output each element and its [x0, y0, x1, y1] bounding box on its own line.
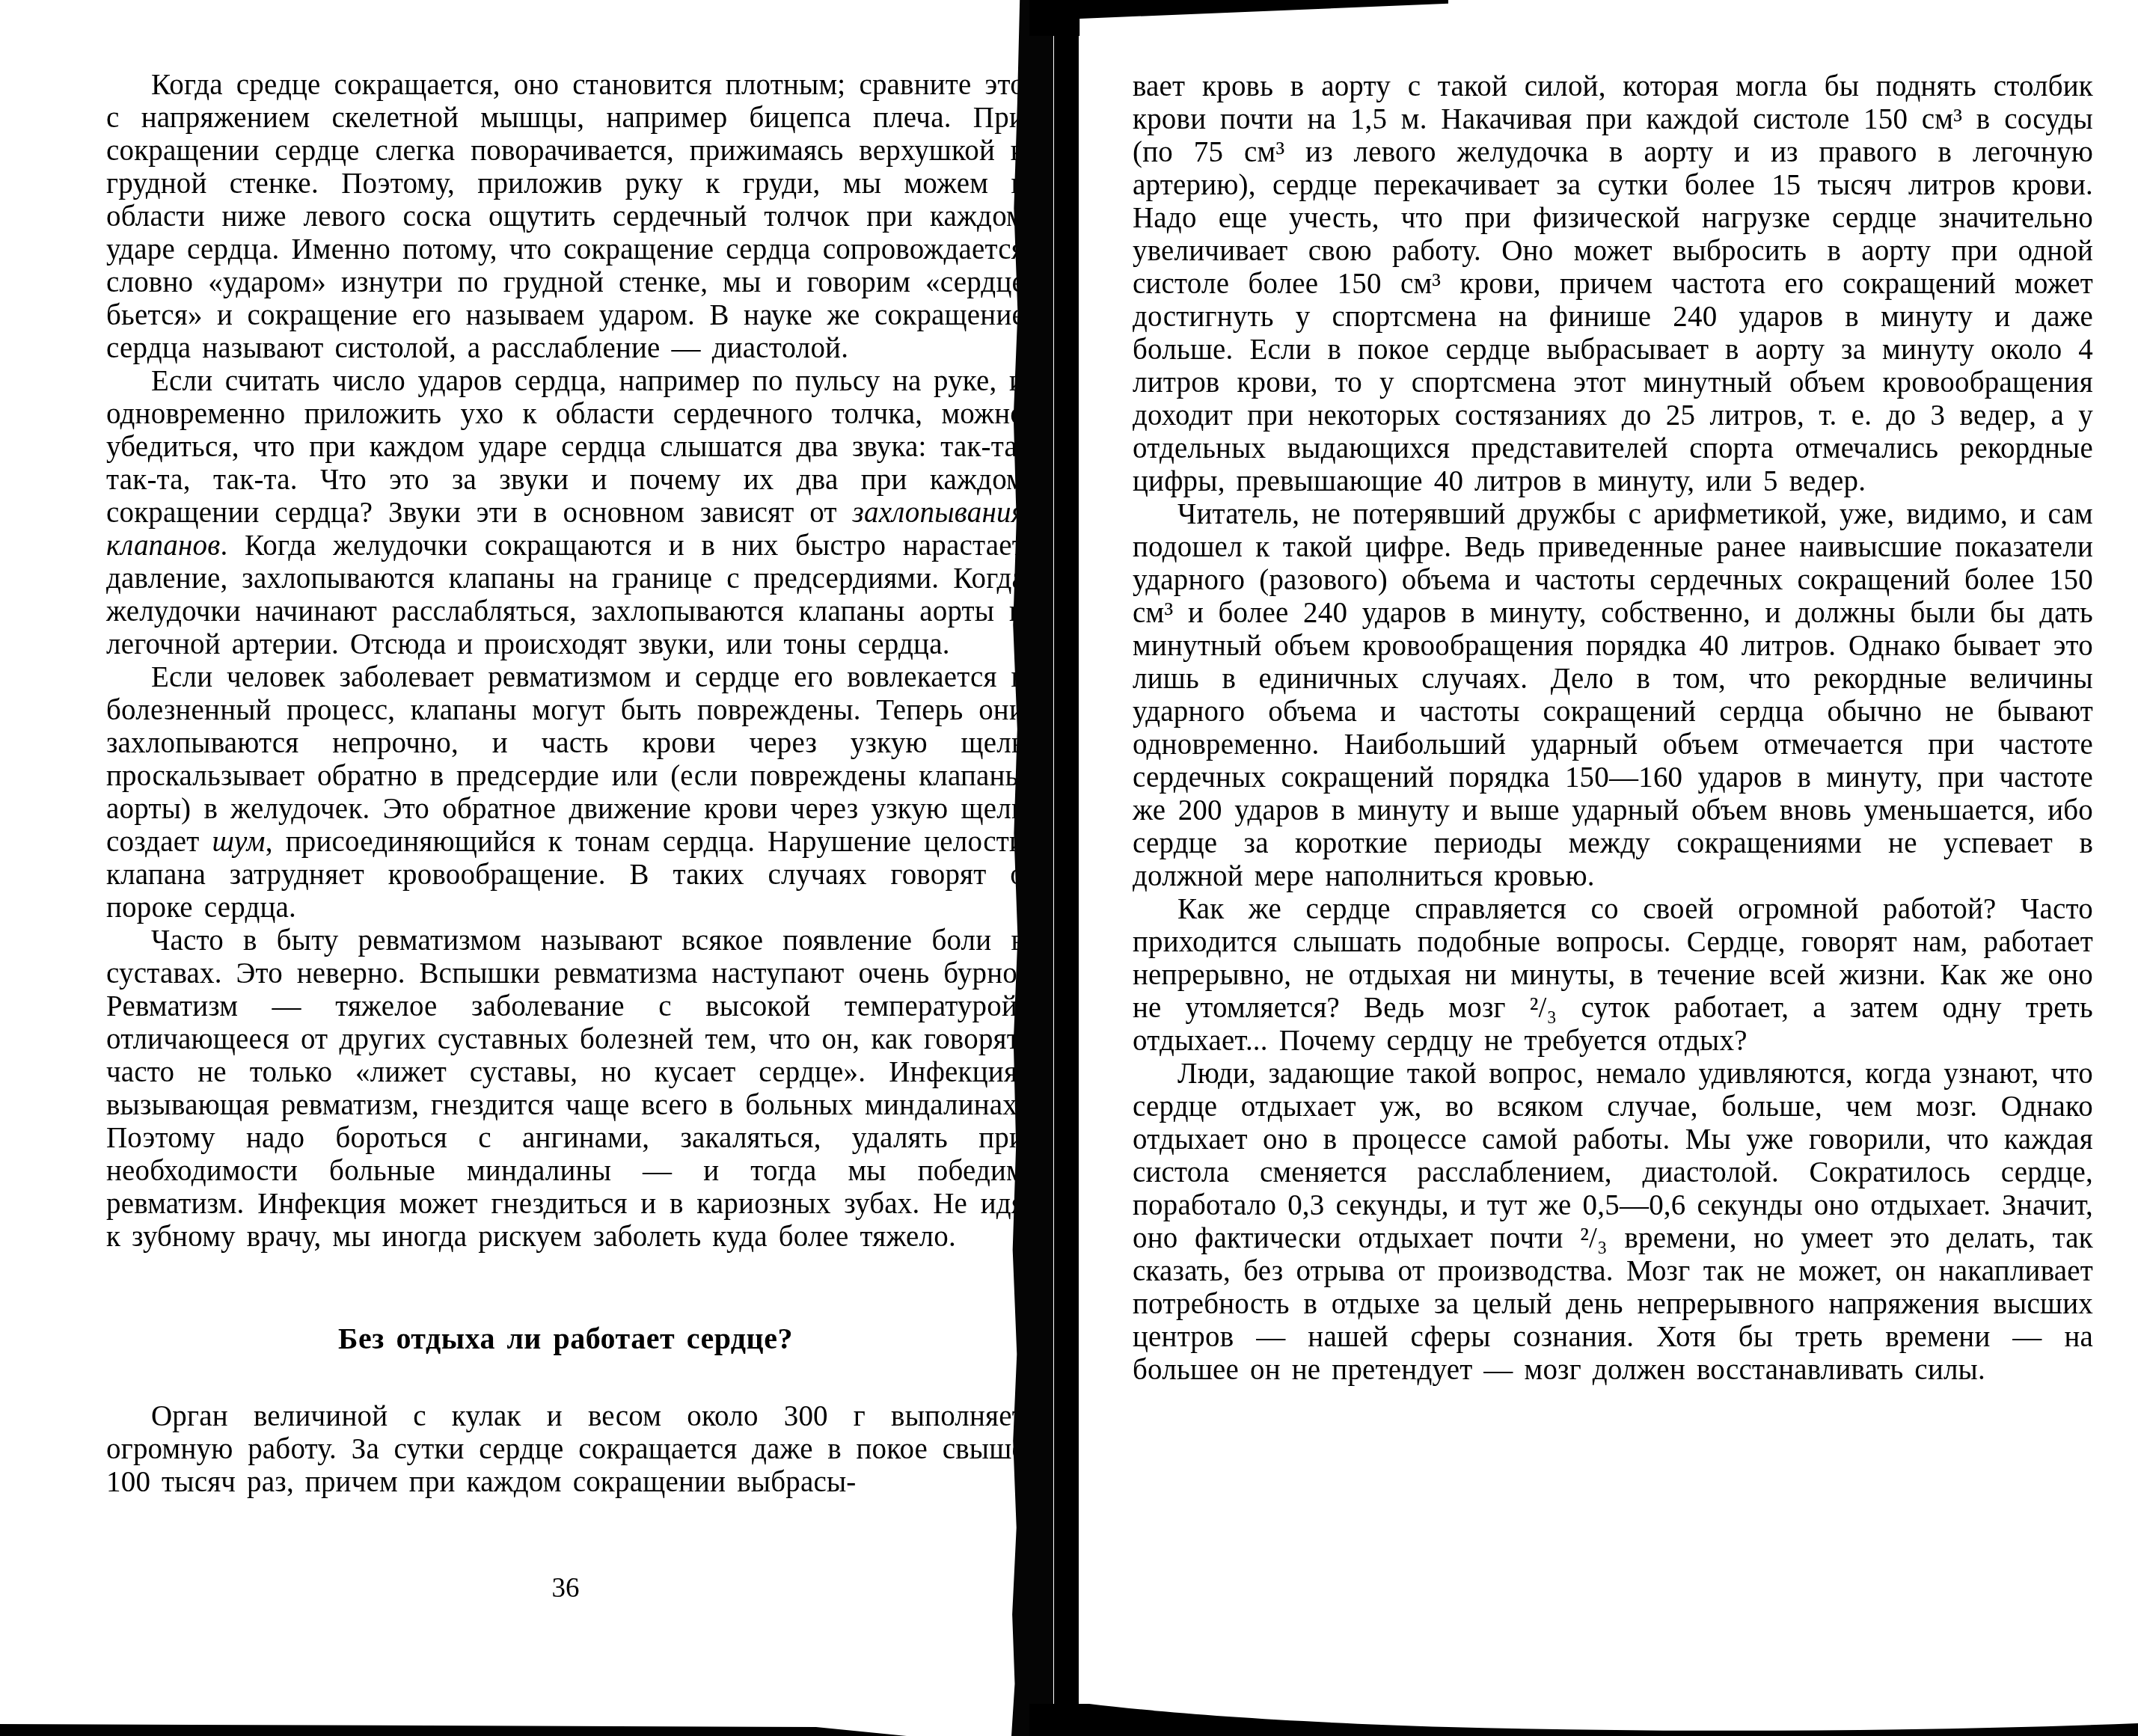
paragraph: вает кровь в аорту с такой силой, котора… [1133, 70, 2093, 498]
gutter-shadow-solid [1054, 19, 1079, 1736]
text-segment: Как же сердце справляется со своей огром… [1133, 893, 2093, 1057]
paragraph: Если человек заболевает ревматизмом и се… [106, 661, 1025, 924]
left-page-bottom-edge-shadow [0, 1724, 907, 1736]
paragraph: Как же сердце справляется со своей огром… [1133, 893, 2093, 1058]
italic-text-segment: шум [212, 826, 265, 858]
paragraph: Часто в быту ревматизмом называют всякое… [106, 924, 1025, 1254]
right-page-bottom-edge-shadow [1029, 1704, 2138, 1736]
text-segment: Читатель, не потерявший дружбы с арифмет… [1133, 498, 2093, 892]
paragraph: Люди, задающие такой вопрос, немало удив… [1133, 1058, 2093, 1387]
paragraph: Читатель, не потерявший дружбы с арифмет… [1133, 498, 2093, 893]
text-segment: Орган величиной с кулак и весом около 30… [106, 1400, 1025, 1498]
text-segment: Люди, задающие такой вопрос, немало удив… [1133, 1058, 2093, 1386]
text-segment: Когда средце сокращается, оно становится… [106, 69, 1025, 364]
text-segment: . Когда желудочки сокращаются и в них бы… [106, 530, 1025, 660]
gutter-shadow-ragged [1011, 0, 1053, 1736]
right-page-text-column: вает кровь в аорту с такой силой, котора… [1133, 70, 2093, 1387]
paragraph: Орган величиной с кулак и весом около 30… [106, 1400, 1025, 1499]
text-segment: вает кровь в аорту с такой силой, котора… [1133, 70, 2093, 497]
paragraph: Когда средце сокращается, оно становится… [106, 69, 1025, 365]
book-scan-spread: Когда средце сокращается, оно становится… [0, 0, 2138, 1736]
page-number: 36 [106, 1572, 1025, 1604]
paragraph: Если считать число ударов сердца, наприм… [106, 365, 1025, 661]
left-page-text-column: Когда средце сокращается, оно становится… [106, 69, 1025, 1499]
text-segment: Часто в быту ревматизмом называют всякое… [106, 924, 1025, 1253]
page-top-edge-shadow [1029, 0, 1448, 36]
section-heading: Без отдыха ли работает сердце? [106, 1322, 1025, 1355]
